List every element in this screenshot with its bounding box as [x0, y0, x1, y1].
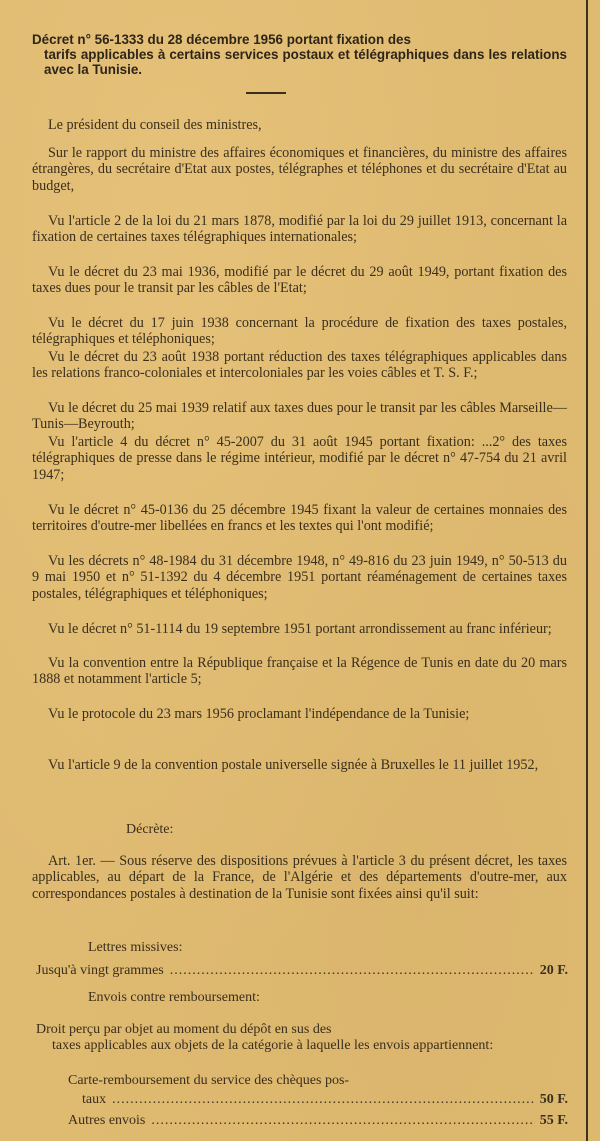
decree-title-line1: Décret n° 56-1333 du 28 décembre 1956 po…: [32, 32, 567, 47]
visa-paragraph: Vu le décret du 25 mai 1939 relatif aux …: [32, 400, 567, 433]
visa-paragraph: Vu le protocole du 23 mars 1956 proclama…: [32, 706, 567, 722]
tariff-row-autres: Autres envois 55 F.: [68, 1113, 568, 1129]
tariff-label: taux: [82, 1092, 106, 1108]
droit-continuation: taxes applicables aux objets de la catég…: [36, 1038, 516, 1054]
visa-paragraph: Vu le décret n° 51-1114 du 19 septembre …: [32, 621, 567, 637]
leader-dots: [112, 1092, 534, 1108]
droit-paragraph: Droit perçu par objet au moment du dépôt…: [36, 1022, 516, 1054]
title-separator: [246, 92, 286, 94]
scanned-page: Décret n° 56-1333 du 28 décembre 1956 po…: [0, 0, 600, 1141]
tariff-value: 50 F.: [540, 1092, 568, 1108]
leader-dots: [151, 1113, 533, 1129]
column-rule: [586, 0, 588, 1141]
tariff-row-lettres: Jusqu'à vingt grammes 20 F.: [36, 963, 568, 979]
visa-paragraph: Vu le décret du 23 mai 1936, modifié par…: [32, 264, 567, 297]
tariff-row-carte: taux 50 F.: [82, 1092, 568, 1108]
carte-line1: Carte-remboursement du service des chèqu…: [68, 1073, 349, 1089]
decrete-heading: Décrète:: [126, 822, 173, 838]
leader-dots: [170, 963, 534, 979]
visa-paragraph: Vu la convention entre la République fra…: [32, 655, 567, 688]
visa-paragraph: Vu l'article 2 de la loi du 21 mars 1878…: [32, 213, 567, 246]
lettres-heading: Lettres missives:: [88, 940, 183, 956]
tariff-value: 55 F.: [540, 1113, 568, 1129]
visa-paragraph: Vu les décrets n° 48-1984 du 31 décembre…: [32, 553, 567, 602]
article-1: Art. 1er. — Sous réserve des disposition…: [32, 853, 567, 902]
tariff-label: Autres envois: [68, 1113, 145, 1129]
visa-paragraph: Vu l'article 9 de la convention postale …: [32, 757, 567, 773]
tariff-value: 20 F.: [540, 963, 568, 979]
decree-title-rest: tarifs applicables à certains services p…: [32, 47, 567, 77]
envois-heading: Envois contre remboursement:: [88, 990, 260, 1006]
visa-paragraph: Sur le rapport du ministre des affaires …: [32, 145, 567, 194]
visa-paragraph: Vu le décret du 17 juin 1938 concernant …: [32, 315, 567, 348]
visa-paragraph: Vu l'article 4 du décret n° 45-2007 du 3…: [32, 434, 567, 483]
droit-first-line: Droit perçu par objet au moment du dépôt…: [36, 1022, 331, 1037]
preamble-opening: Le président du conseil des ministres,: [32, 117, 567, 133]
decree-title: Décret n° 56-1333 du 28 décembre 1956 po…: [32, 32, 567, 77]
tariff-label: Jusqu'à vingt grammes: [36, 963, 164, 979]
visa-paragraph: Vu le décret n° 45-0136 du 25 décembre 1…: [32, 502, 567, 535]
visa-paragraph: Vu le décret du 23 août 1938 portant réd…: [32, 349, 567, 382]
